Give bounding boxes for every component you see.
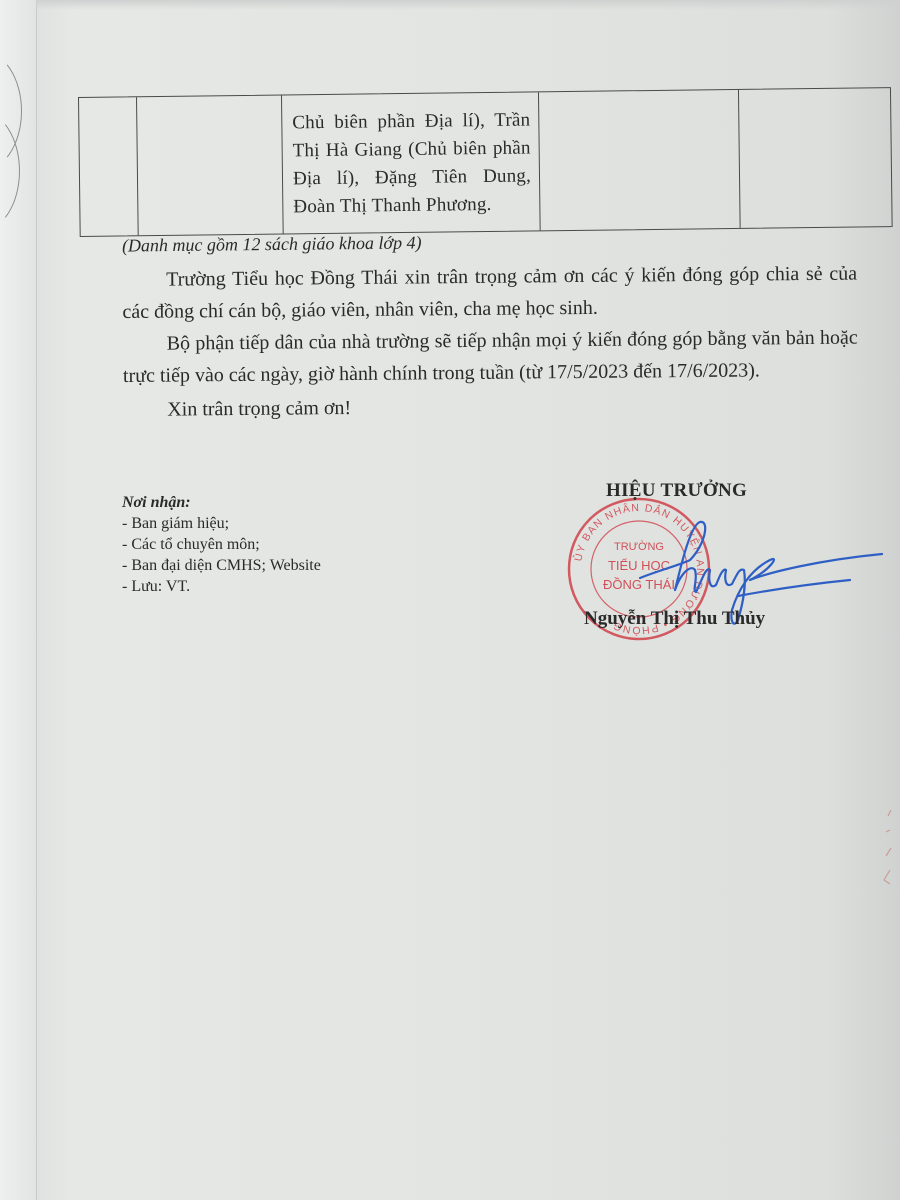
recipient-item: - Ban đại diện CMHS; Website [122, 555, 321, 576]
recipients-title: Nơi nhận: [122, 492, 321, 513]
paragraph-reception-info: Bộ phận tiếp dân của nhà trường sẽ tiếp … [123, 322, 859, 392]
table-cell-publisher [539, 90, 741, 230]
signature-title: HIỆU TRƯỞNG [606, 480, 747, 502]
body-text: Trường Tiểu học Đồng Thái xin trân trọng… [122, 258, 858, 426]
table-cell-note [739, 88, 892, 228]
textbook-table-last-row: Chủ biên phần Địa lí), Trần Thị Hà Giang… [78, 87, 893, 237]
recipients-block: Nơi nhận: - Ban giám hiệu; - Các tổ chuy… [122, 492, 321, 597]
recipient-item: - Các tổ chuyên môn; [122, 534, 321, 555]
left-page-edge [0, 0, 37, 1200]
table-caption: (Danh mục gồm 12 sách giáo khoa lớp 4) [122, 232, 422, 256]
table-cell-authors: Chủ biên phần Địa lí), Trần Thị Hà Giang… [282, 92, 541, 233]
principal-name: Nguyễn Thị Thu Thủy [584, 608, 765, 630]
page-top-shadow [36, 0, 900, 10]
paragraph-closing: Xin trân trọng cảm ơn! [123, 388, 858, 426]
margin-stamp-fragment [875, 800, 895, 900]
recipient-item: - Lưu: VT. [122, 576, 321, 597]
table-cell-index [79, 97, 139, 236]
table-cell-title [137, 96, 284, 236]
paragraph-thanks-contributions: Trường Tiểu học Đồng Thái xin trân trọng… [122, 258, 858, 328]
recipient-item: - Ban giám hiệu; [122, 513, 321, 534]
